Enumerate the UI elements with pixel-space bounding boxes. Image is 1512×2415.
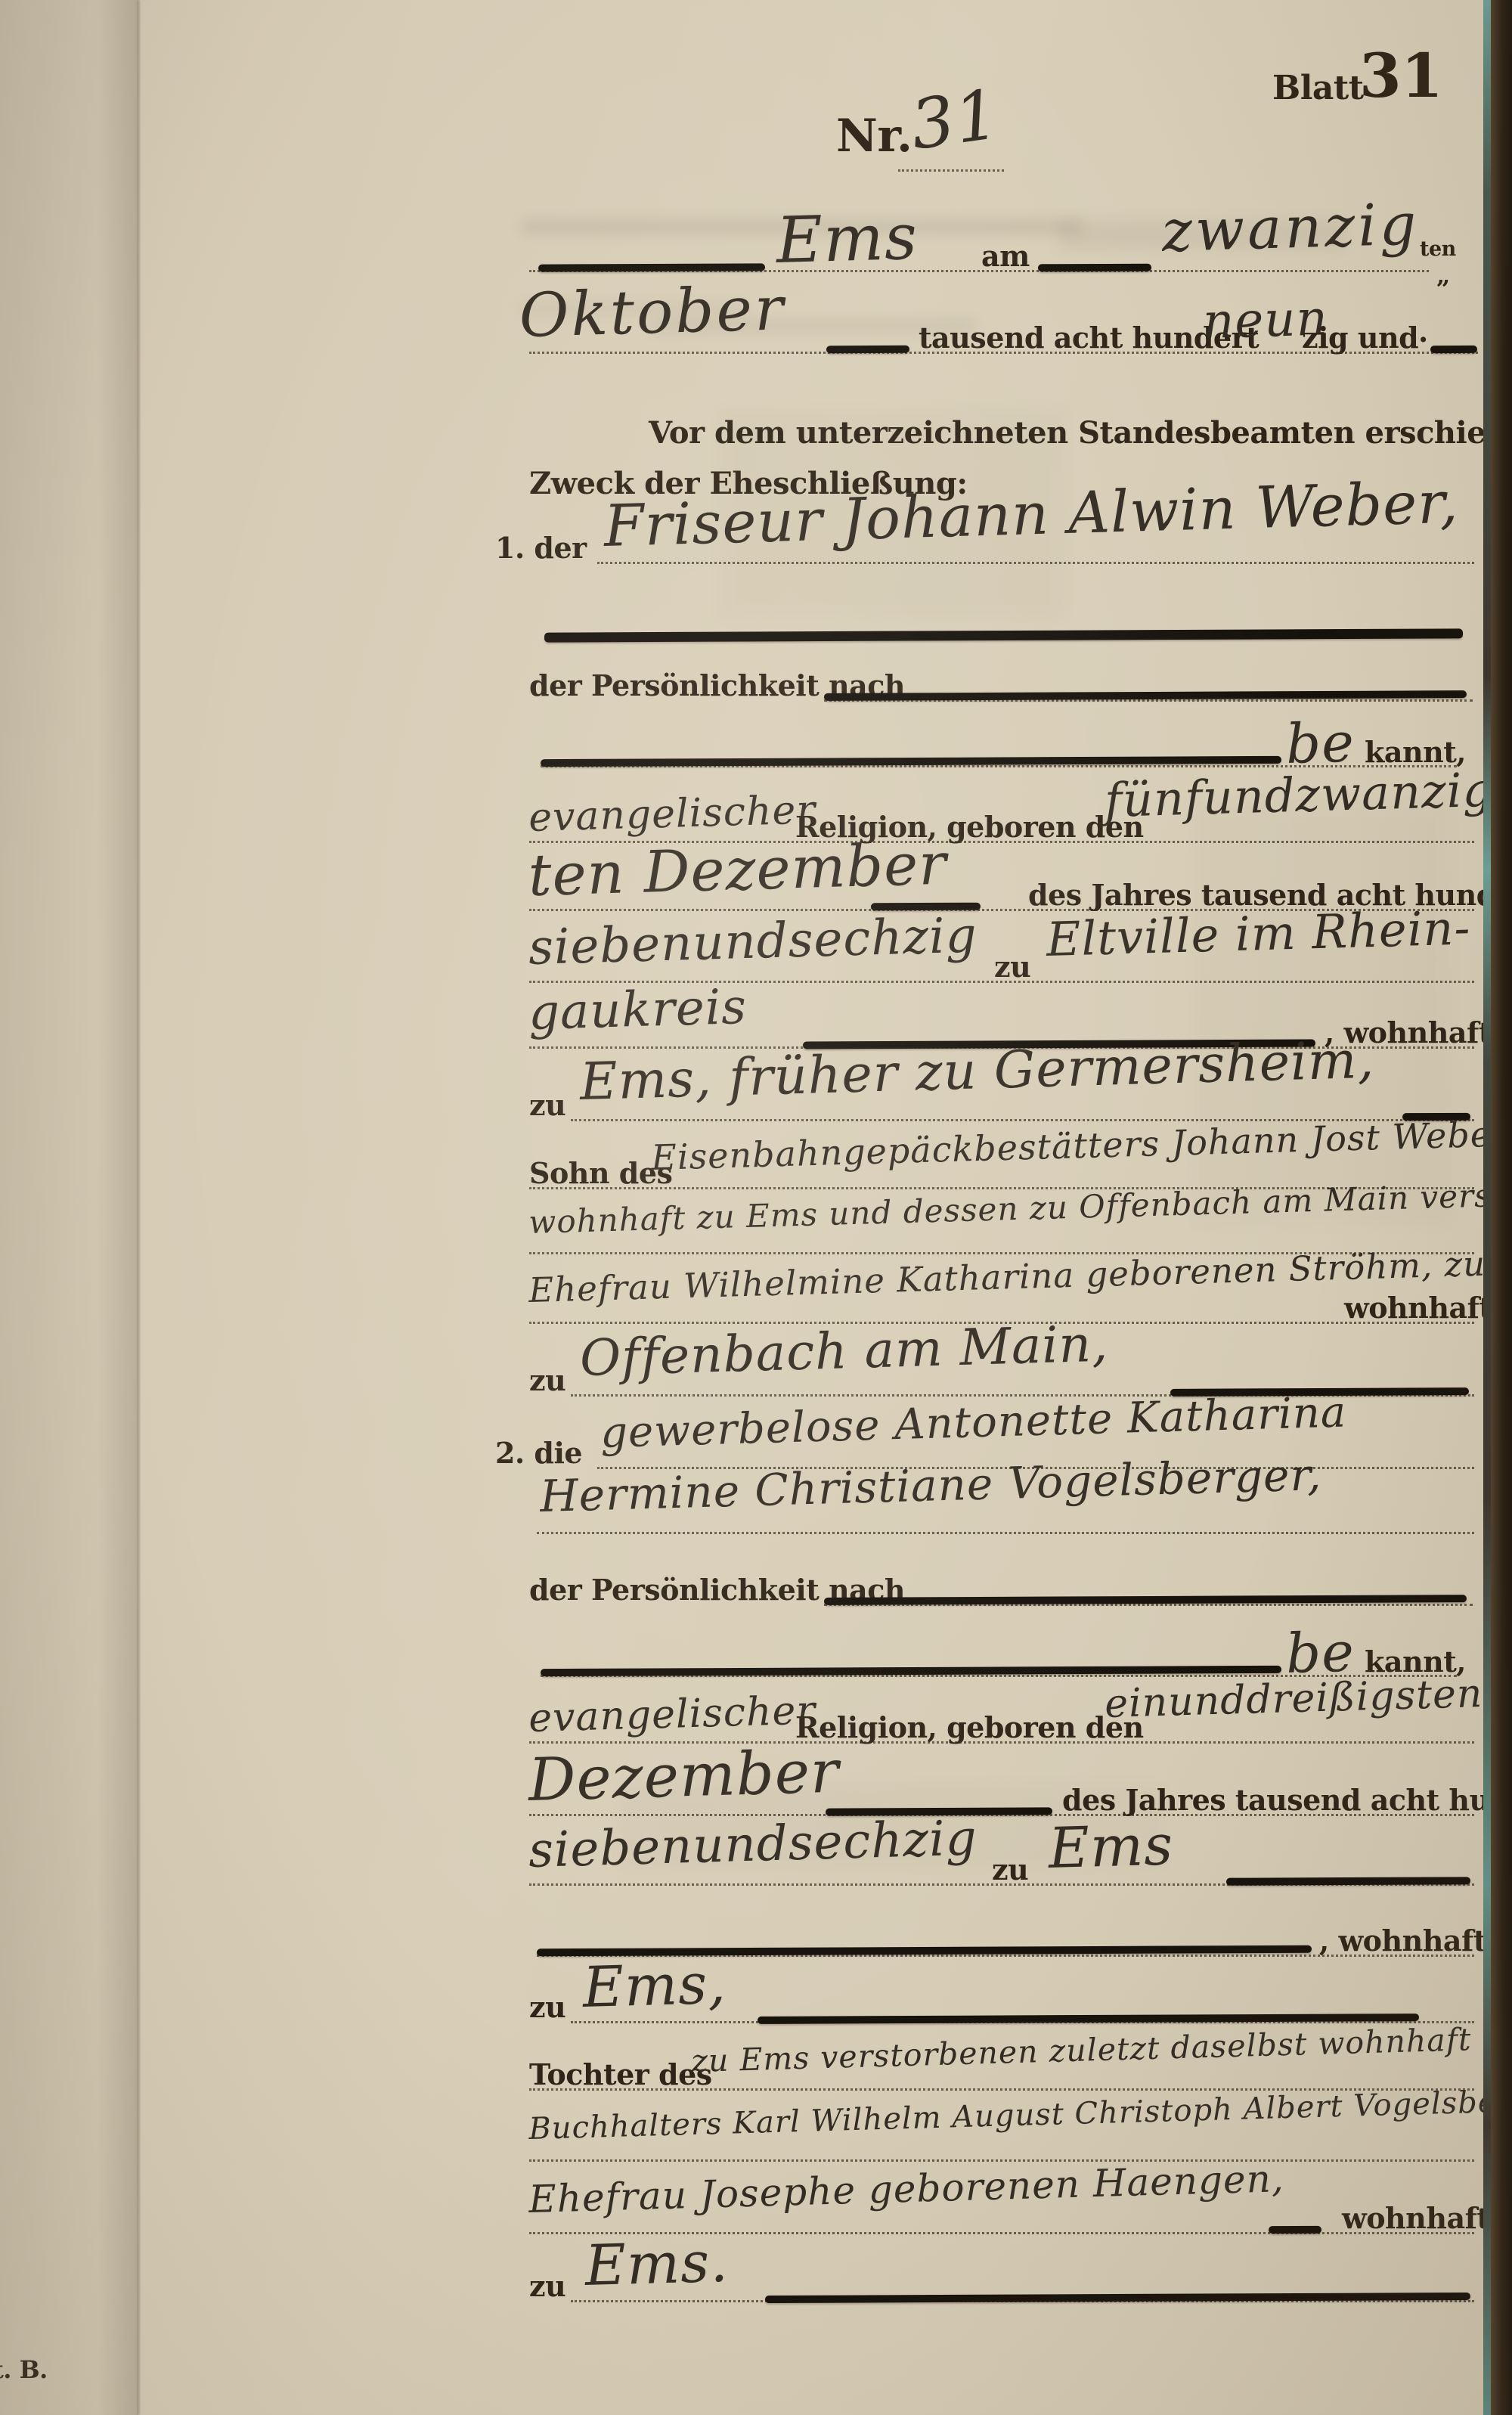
nr-value: 31 <box>906 81 1003 160</box>
groom-birth-place-hand: Eltville im Rhein- <box>1046 904 1471 963</box>
page-edge-teal-strip <box>1483 0 1491 2415</box>
bride-item-label: 2. die <box>495 1439 582 1468</box>
ink-fill <box>1430 346 1477 353</box>
groom-zu-label3: zu <box>529 1366 565 1395</box>
bride-religion-label: Religion, geboren den <box>795 1713 1144 1742</box>
bride-parents1-hand: zu Ems verstorbenen zuletzt daselbst woh… <box>691 2019 1512 2077</box>
bride-wohnhaft-label: , wohnhaft <box>1319 1927 1486 1955</box>
bride-known-hand: be <box>1285 1624 1356 1681</box>
groom-zu-label: zu <box>994 953 1030 981</box>
bride-name2-rule <box>537 1532 1474 1534</box>
ink-fill <box>826 346 909 353</box>
nr-label: Nr. <box>836 113 912 159</box>
bride-parents2-rule <box>529 2159 1474 2162</box>
ink-fill <box>1269 2226 1321 2234</box>
sheet-number: 31 <box>1359 45 1442 106</box>
day-suffix-label: ten <box>1420 239 1456 259</box>
ink-fill <box>544 628 1463 642</box>
groom-wohnhaft-label2: wohnhaft <box>1344 1294 1492 1322</box>
am-label: am <box>981 242 1030 271</box>
period-mark: . <box>1418 318 1428 346</box>
month-hand: Oktober <box>519 278 786 346</box>
bride-parents3-hand: Ehefrau Josephe geborenen Haengen, <box>528 2159 1285 2218</box>
bride-religion-hand: evangelischer <box>528 1691 816 1738</box>
groom-parents2-hand: wohnhaft zu Ems und dessen zu Offenbach … <box>528 1176 1512 1239</box>
place-hand: Ems <box>776 205 919 272</box>
gutter-crease <box>138 0 140 2415</box>
day-hand: zwanzig <box>1161 196 1420 260</box>
groom-birth-day-hand: fünfundzwanzigs <box>1104 766 1512 824</box>
groom-known-hand: be <box>1285 715 1356 771</box>
decade-suffix-label: zig und <box>1302 324 1418 352</box>
bride-birth-place-hand: Ems <box>1048 1817 1174 1877</box>
groom-birth-day2-hand: ten Dezember <box>528 835 947 904</box>
groom-birth-year-hand: siebenundsechzig <box>528 911 978 972</box>
bride-name2-hand: Hermine Christiane Vogelsberger, <box>539 1452 1322 1518</box>
binding-gutter <box>0 0 138 2415</box>
groom-name-rule <box>597 562 1474 564</box>
bride-zu-label2: zu <box>529 1993 565 2022</box>
bride-zu-label: zu <box>992 1855 1028 1884</box>
groom-mother-residence-hand: Offenbach am Main, <box>579 1319 1109 1384</box>
page-edge-dark-strip <box>1491 0 1512 2415</box>
bride-mother-residence-hand: Ems. <box>584 2234 730 2294</box>
ink-fill <box>1038 264 1151 272</box>
groom-birth-place2-hand: gaukreis <box>528 983 748 1037</box>
bride-birth-year-hand: siebenundsechzig <box>528 1814 978 1875</box>
bride-tochter-label: Tochter des <box>529 2060 712 2089</box>
groom-father-hand: Eisenbahngepäckbestätters Johann Jost We… <box>651 1116 1510 1175</box>
bride-residence-hand: Ems, <box>582 1956 727 2016</box>
day-suffix-mark: „ <box>1436 263 1450 287</box>
ink-fill <box>1226 1877 1470 1885</box>
bride-birth-day-hand: einunddreißigsten <box>1105 1674 1483 1724</box>
nr-rule <box>898 169 1004 172</box>
bride-name1-hand: gewerbelose Antonette Katharina <box>600 1391 1347 1455</box>
bride-birth-year-label: des Jahres tausend acht hundert <box>1062 1786 1512 1815</box>
preamble-line1: Vor dem unterzeichneten Standesbeamten e… <box>649 418 1512 448</box>
groom-religion-hand: evangelischer <box>528 790 816 838</box>
groom-zu-label2: zu <box>529 1091 565 1120</box>
bride-birth-month-hand: Dezember <box>528 1743 840 1810</box>
ink-fill <box>538 263 765 271</box>
bride-wohnhaft-label2: wohnhaft <box>1342 2204 1489 2233</box>
sheet-label: Blatt <box>1272 72 1364 105</box>
registry-page: Blatt 31 Nr. 31 Ems am zwanzig ten „ Okt… <box>0 0 1512 2415</box>
bride-zu-label3: zu <box>529 2272 565 2301</box>
groom-item-label: 1. der <box>495 534 587 563</box>
